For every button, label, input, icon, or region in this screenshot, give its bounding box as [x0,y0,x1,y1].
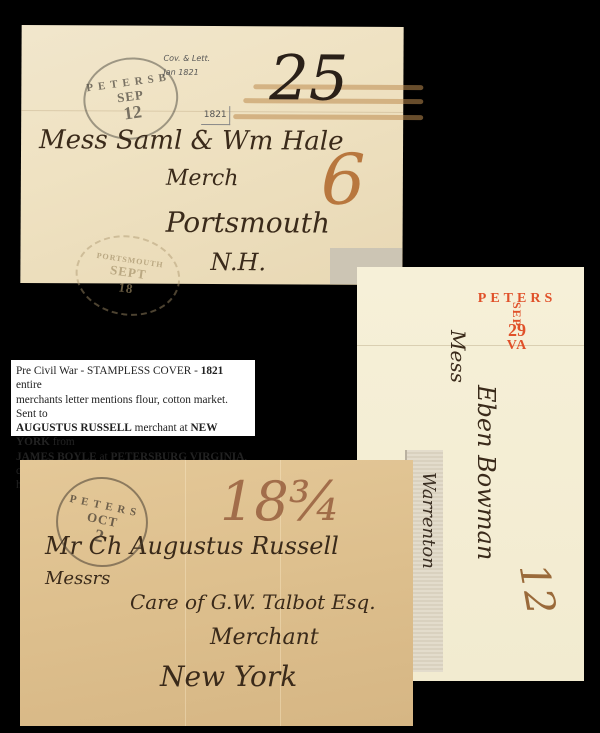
portsmouth-receiving-mark: PORTSMOUTH SEPT 18 [70,228,185,322]
address-line: Care of G.W. Talbot Esq. [130,590,376,614]
postmark-month: SEP [509,301,524,326]
rate-manuscript: 25 [269,41,348,114]
receiving-day: 18 [117,279,134,297]
label-text: merchant at [132,422,191,434]
cover-portsmouth: PETERSB SEP 12 PORTSMOUTH SEPT 18 Cov. &… [20,25,403,285]
address-line: Eben Bowman [472,385,500,560]
cover-fold [357,345,584,346]
address-line: Mess Saml & Wm Hale [39,125,344,157]
rate-manuscript: 18¾ [220,470,341,533]
postmark-day: 2 [93,527,105,545]
pencil-note: Cov. & Lett. [163,54,210,63]
label-line: merchants letter mentions flour, cotton … [16,393,250,422]
petersburg-red-postmark: PETERS SEP 29 VA [478,283,556,361]
rate-manuscript: 12 [510,560,564,618]
pencil-note: Jan 1821 [163,68,198,77]
address-line: Portsmouth [166,206,330,240]
label-emphasis: 1821 [201,365,224,377]
label-text: Pre Civil War - STAMPLESS COVER - [16,365,201,377]
label-line: Pre Civil War - STAMPLESS COVER - 1821 e… [16,364,250,393]
postmark-day: 12 [123,103,143,121]
address-line: Merch [166,166,239,191]
address-line: Merchant [210,625,319,650]
label-text: merchants letter mentions flour, cotton … [16,394,228,420]
label-text: from [50,436,75,448]
strip-address: Warrenton [418,472,439,569]
year-note: 1821 [201,106,230,125]
postmark-state: VA [507,338,527,354]
description-label: Pre Civil War - STAMPLESS COVER - 1821 e… [11,360,255,436]
label-emphasis: AUGUSTUS RUSSELL [16,422,132,434]
address-line: N.H. [210,248,266,276]
address-line: Messrs [45,568,110,589]
label-text: entire [16,379,42,391]
address-line: New York [160,660,297,693]
address-line: Mess [446,330,470,383]
rate-bar [233,114,423,120]
label-line: AUGUSTUS RUSSELL merchant at NEW YORK fr… [16,421,250,450]
